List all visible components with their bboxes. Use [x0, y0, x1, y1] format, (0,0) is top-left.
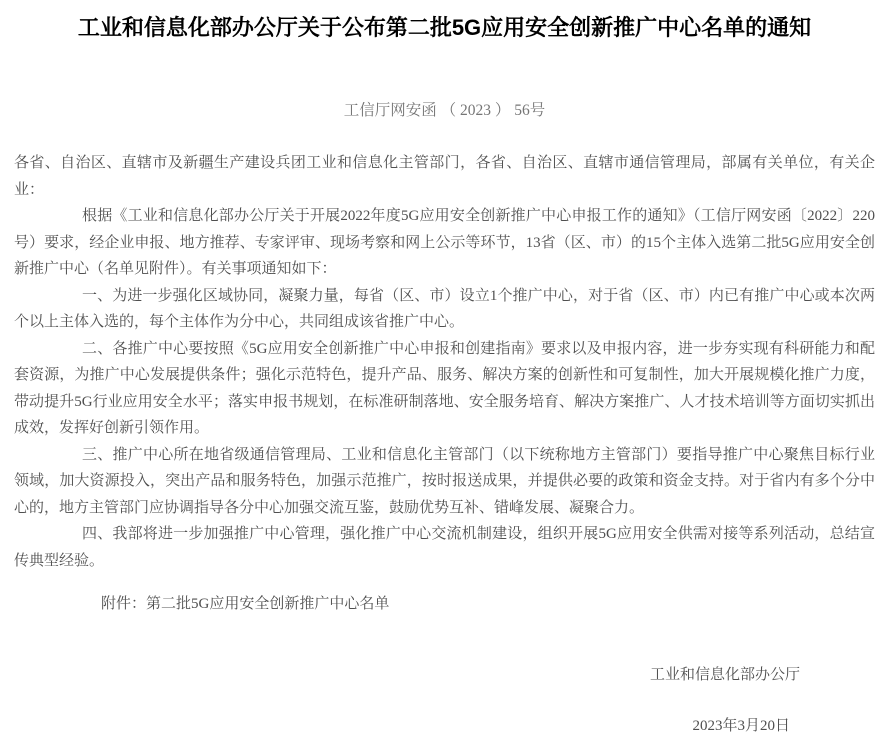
- notice-body: 各省、自治区、直辖市及新疆生产建设兵团工业和信息化主管部门，各省、自治区、直辖市…: [14, 150, 875, 574]
- salutation: 各省、自治区、直辖市及新疆生产建设兵团工业和信息化主管部门，各省、自治区、直辖市…: [14, 150, 875, 203]
- paragraph: 根据《工业和信息化部办公厅关于开展2022年度5G应用安全创新推广中心申报工作的…: [14, 203, 875, 283]
- attachment-line: 附件：第二批5G应用安全创新推广中心名单: [14, 591, 875, 618]
- paragraph: 四、我部将进一步加强推广中心管理，强化推广中心交流机制建设，组织开展5G应用安全…: [14, 521, 875, 574]
- issuing-office-signature: 工业和信息化部办公厅: [14, 662, 875, 689]
- paragraph-list: 根据《工业和信息化部办公厅关于开展2022年度5G应用安全创新推广中心申报工作的…: [14, 203, 875, 574]
- paragraph: 二、各推广中心要按照《5G应用安全创新推广中心申报和创建指南》要求以及申报内容，…: [14, 336, 875, 442]
- document-number: 工信厅网安函 （ 2023 ） 56号: [14, 98, 875, 124]
- document-title: 工业和信息化部办公厅关于公布第二批5G应用安全创新推广中心名单的通知: [14, 14, 875, 42]
- paragraph: 三、推广中心所在地省级通信管理局、工业和信息化主管部门（以下统称地方主管部门）要…: [14, 442, 875, 522]
- issue-date: 2023年3月20日: [14, 713, 875, 739]
- paragraph: 一、为进一步强化区域协同，凝聚力量，每省（区、市）设立1个推广中心，对于省（区、…: [14, 283, 875, 336]
- notice-document: 工业和信息化部办公厅关于公布第二批5G应用安全创新推广中心名单的通知 工信厅网安…: [0, 0, 892, 748]
